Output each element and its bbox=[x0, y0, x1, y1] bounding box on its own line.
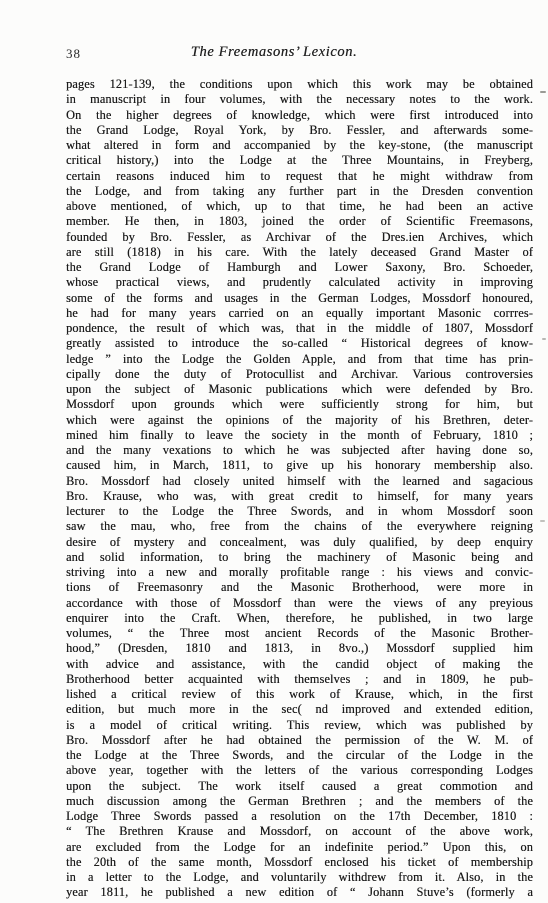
body-text-line: is a model of critical writing. This rev… bbox=[66, 718, 533, 733]
body-text-line: Bro. Mossdorf after he had obtained the … bbox=[66, 733, 533, 748]
body-text-line: volumes, “ the Three most ancient Record… bbox=[66, 626, 533, 641]
body-text-line: cipally done the duty of Protocullist an… bbox=[66, 367, 533, 382]
body-text-line: pages 121-139, the conditions upon which… bbox=[66, 77, 533, 92]
body-text-line: pondence, the result of which was, that … bbox=[66, 321, 533, 336]
book-page: 38 The Freemasons’ Lexicon. pages 121-13… bbox=[0, 0, 548, 903]
body-text-line: in a letter to the Lodge, and voluntaril… bbox=[66, 870, 533, 885]
body-text-line: Lodge Three Swords passed a resolution o… bbox=[66, 809, 533, 824]
body-text-line: founded by Bro. Fessler, as Archivar of … bbox=[66, 230, 533, 245]
body-text: pages 121-139, the conditions upon which… bbox=[66, 77, 533, 901]
body-text-line: the Lodge at the Three Swords, and the c… bbox=[66, 748, 533, 763]
body-text-line: some of the forms and usages in the Germ… bbox=[66, 291, 533, 306]
body-text-line: whose practical views, and prudently cal… bbox=[66, 275, 533, 290]
body-text-line: hood,” (Dresden, 1810 and 1813, in 8vo.,… bbox=[66, 641, 533, 656]
body-text-line: he had for many years carried on an equa… bbox=[66, 306, 533, 321]
body-text-line: saw the mau, who, free from the chains o… bbox=[66, 519, 533, 534]
body-text-line: greatly assisted to introduce the so-cal… bbox=[66, 336, 533, 351]
body-text-line: enquirer into the Craft. When, therefore… bbox=[66, 611, 533, 626]
body-text-line: and solid information, to bring the mach… bbox=[66, 550, 533, 565]
body-text-line: tions of Freemasonry and the Masonic Bro… bbox=[66, 580, 533, 595]
body-text-line: above mentioned, of which, up to that ti… bbox=[66, 199, 533, 214]
body-text-line: lecturer to the Lodge the Three Swords, … bbox=[66, 504, 533, 519]
scan-artifact bbox=[542, 338, 546, 340]
body-text-line: “ The Brethren Krause and Mossdorf, on a… bbox=[66, 824, 533, 839]
body-text-line: Bro. Mossdorf had closely united himself… bbox=[66, 474, 533, 489]
body-text-line: On the higher degrees of knowledge, whic… bbox=[66, 108, 533, 123]
body-text-line: with advice and assistance, with the can… bbox=[66, 657, 533, 672]
body-text-line: are still (1818) in his care. With the l… bbox=[66, 245, 533, 260]
body-text-line: and the many vexations to which he was s… bbox=[66, 443, 533, 458]
body-text-line: desire of mystery and concealment, was d… bbox=[66, 535, 533, 550]
body-text-line: year 1811, he published a new edition of… bbox=[66, 885, 533, 900]
body-text-line: upon the subject of Masonic publications… bbox=[66, 382, 533, 397]
body-text-line: the Grand Lodge, Royal York, by Bro. Fes… bbox=[66, 123, 533, 138]
body-text-line: the Grand Lodge of Hamburgh and Lower Sa… bbox=[66, 260, 533, 275]
body-text-line: caused him, in March, 1811, to give up h… bbox=[66, 458, 533, 473]
running-title: The Freemasons’ Lexicon. bbox=[0, 44, 548, 61]
body-text-line: Bro. Krause, who was, with great credit … bbox=[66, 489, 533, 504]
body-text-line: much discussion among the German Brethre… bbox=[66, 794, 533, 809]
body-text-line: which were against the opinions of the m… bbox=[66, 413, 533, 428]
body-text-line: Mossdorf upon grounds which were suffici… bbox=[66, 397, 533, 412]
body-text-line: accordance with those of Mossdorf than w… bbox=[66, 596, 533, 611]
body-text-line: critical history,) into the Lodge at the… bbox=[66, 153, 533, 168]
body-text-line: are excluded from the Lodge for an indef… bbox=[66, 840, 533, 855]
body-text-line: lished a critical review of this work of… bbox=[66, 687, 533, 702]
body-text-line: mined him finally to leave the society i… bbox=[66, 428, 533, 443]
body-text-line: what altered in form and accompanied by … bbox=[66, 138, 533, 153]
body-text-line: upon the subject. The work itself caused… bbox=[66, 779, 533, 794]
body-text-line: above year, together with the letters of… bbox=[66, 763, 533, 778]
body-text-line: the 20th of the same month, Mossdorf enc… bbox=[66, 855, 533, 870]
body-text-line: in manuscript in four volumes, with the … bbox=[66, 92, 533, 107]
body-text-line: Brotherhood better acquainted with thems… bbox=[66, 672, 533, 687]
scan-artifact bbox=[540, 91, 546, 93]
body-text-line: certain reasons induced him to request t… bbox=[66, 169, 533, 184]
body-text-line: ledge ” into the Lodge the Golden Apple,… bbox=[66, 352, 533, 367]
body-text-line: the Lodge, and from taking any further p… bbox=[66, 184, 533, 199]
scan-artifact bbox=[540, 520, 545, 522]
body-text-line: striving into a new and morally profitab… bbox=[66, 565, 533, 580]
body-text-line: member. He then, in 1803, joined the ord… bbox=[66, 214, 533, 229]
page-header: 38 The Freemasons’ Lexicon. bbox=[0, 44, 548, 66]
body-text-line: edition, but much more in the sec( nd im… bbox=[66, 702, 533, 717]
